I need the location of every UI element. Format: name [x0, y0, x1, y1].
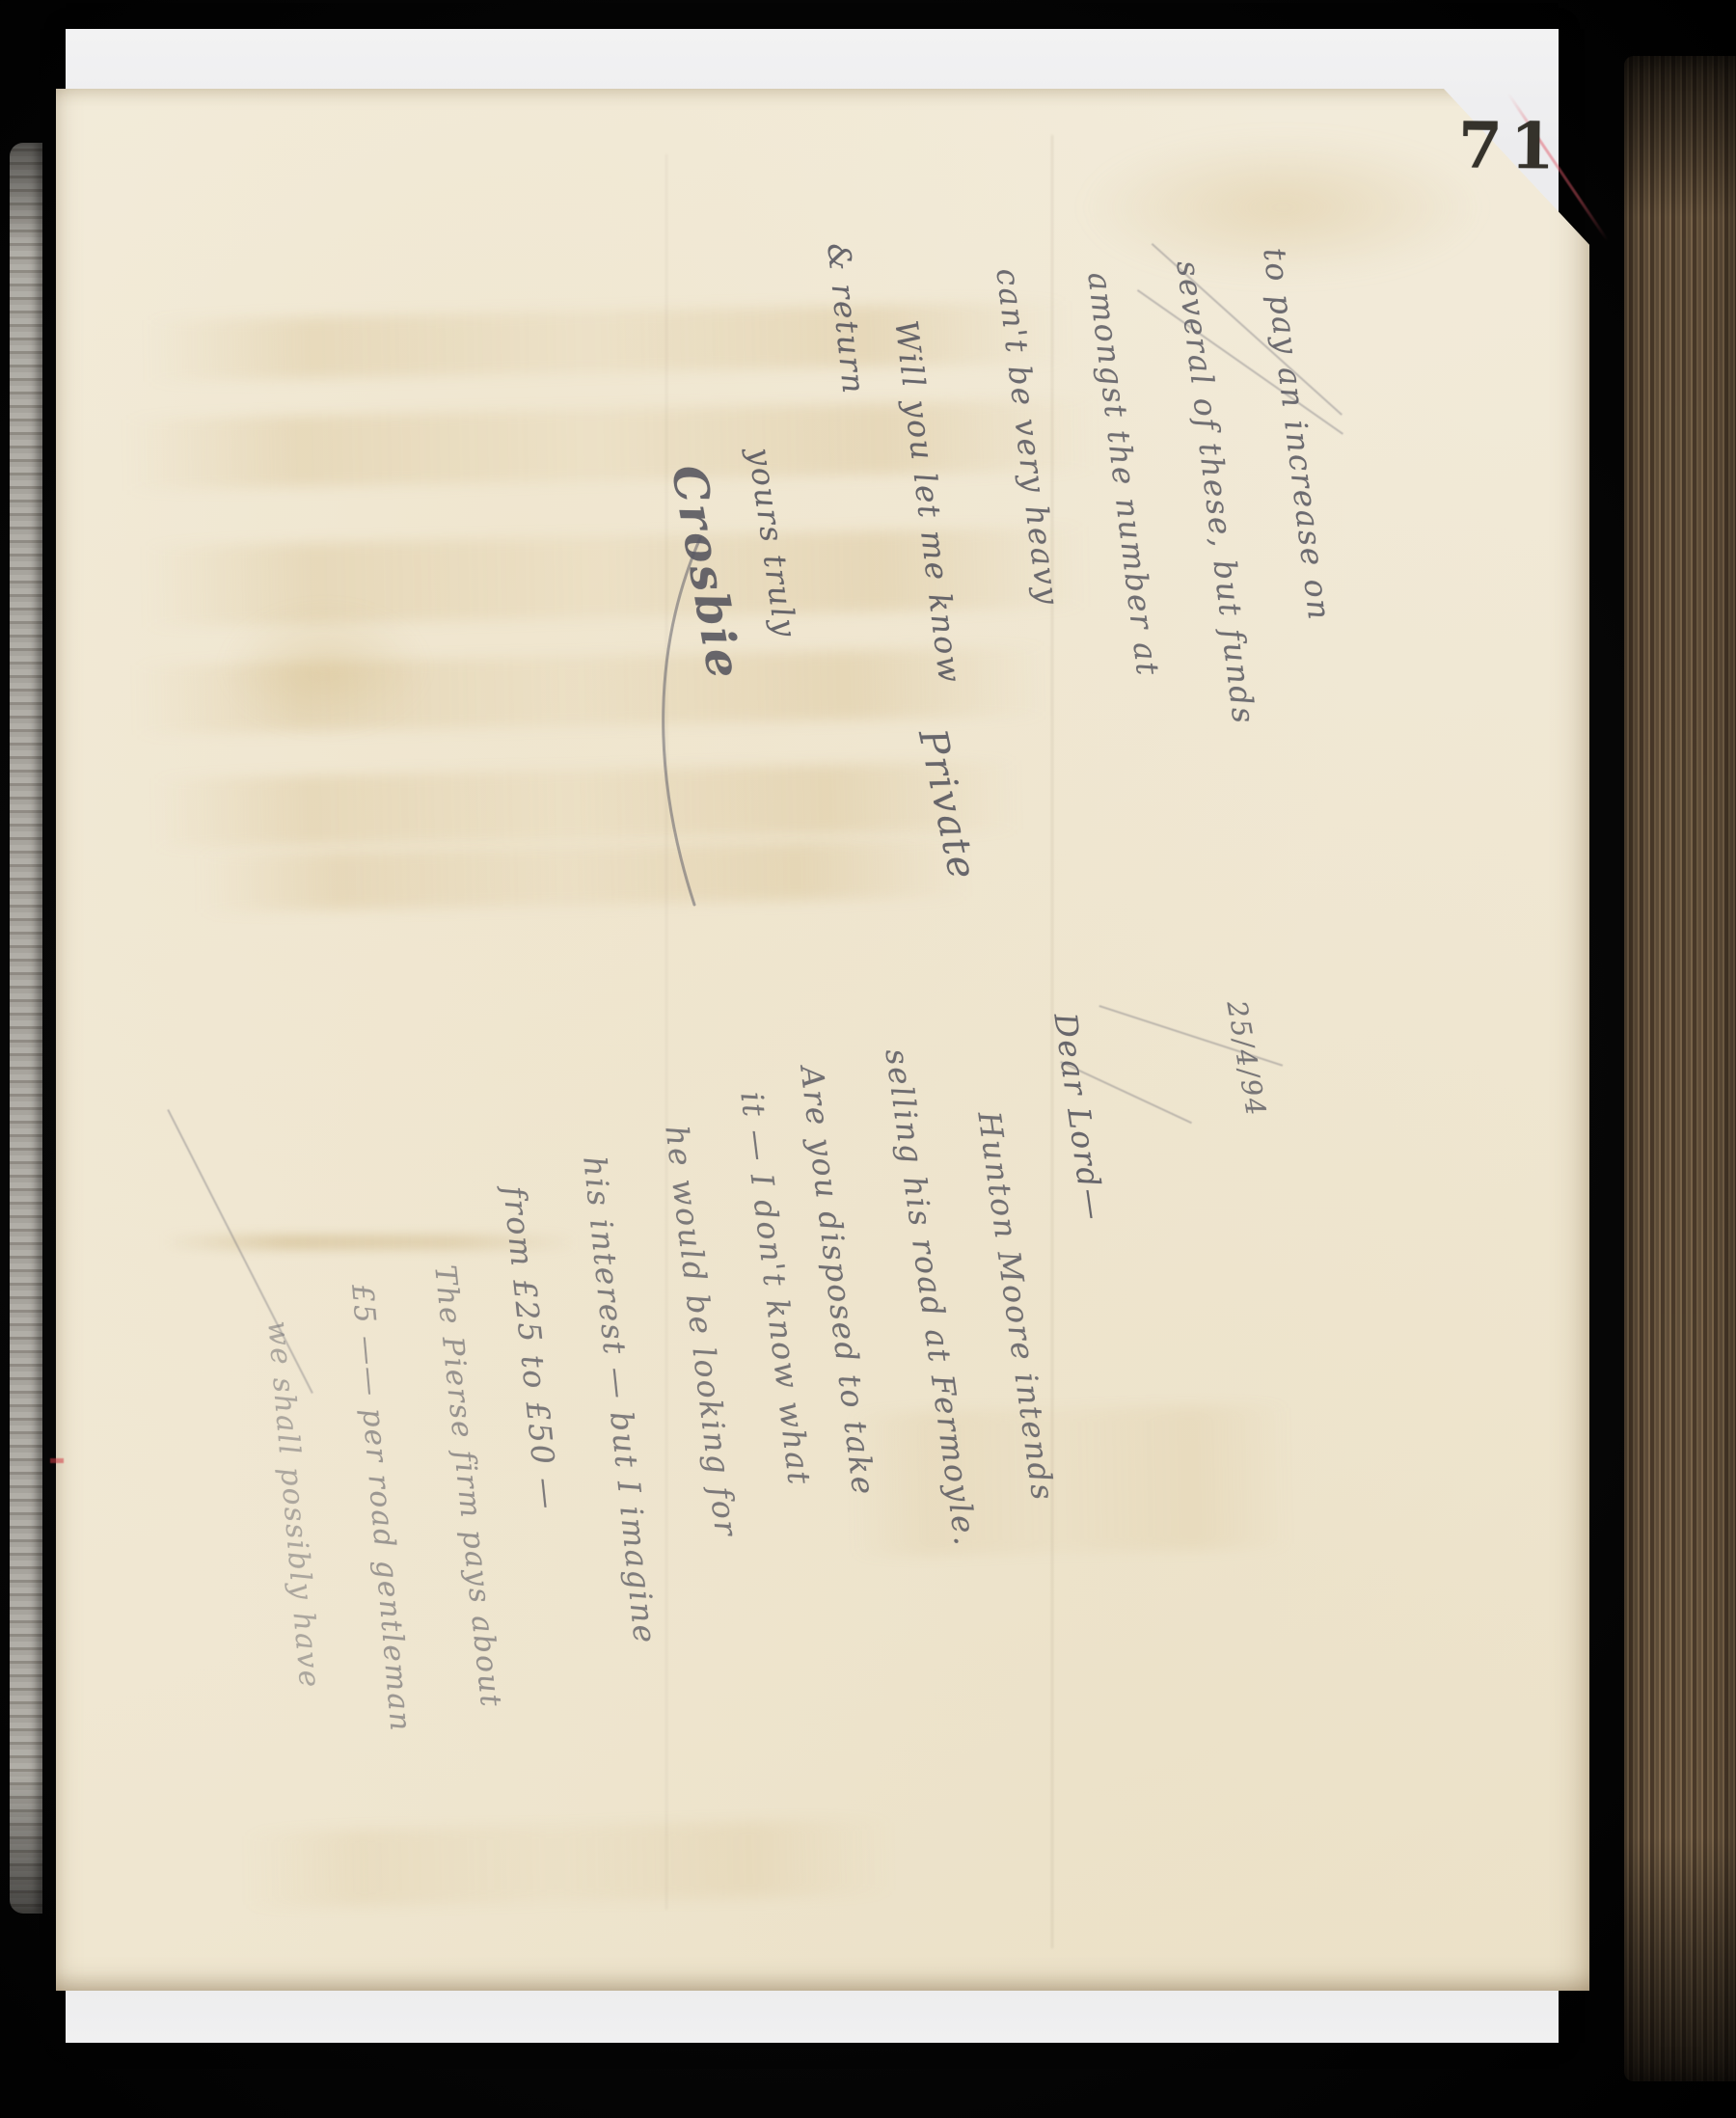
handwriting-line: Dear Lord—: [1046, 1011, 1112, 1224]
handwriting-line: his interest — but I imagine: [576, 1154, 664, 1646]
handwriting-line: Hunton Moore intends: [970, 1109, 1061, 1504]
handwriting-line: & return: [820, 241, 872, 396]
handwriting-line: amongst the number at: [1080, 270, 1166, 679]
handwriting-line: The Pierse firm pays about: [427, 1263, 507, 1710]
signature-flourish: [644, 529, 760, 914]
handwriting-line: from £25 to £50 —: [496, 1184, 566, 1512]
pencil-stroke: [1137, 289, 1343, 435]
handwriting-line: Private: [909, 725, 985, 884]
pencil-stroke: [167, 1109, 313, 1394]
photographed-letterbook-page: 71 to pay an increase onseveral of these…: [0, 0, 1736, 2118]
handwriting-line: selling his road at Fermoyle.: [878, 1046, 984, 1549]
handwriting-line: £5 —— per road gentleman: [344, 1283, 418, 1734]
handwriting-line: Will you let me know: [887, 318, 968, 686]
handwriting-line: to pay an increase on: [1256, 246, 1338, 623]
handwritten-letter-text: to pay an increase onseveral of these, b…: [0, 0, 1736, 2118]
handwriting-line: can't be very heavy: [989, 266, 1067, 608]
handwriting-line: he would be looking for: [658, 1124, 745, 1539]
handwriting-line: we shall possibly have: [260, 1319, 326, 1691]
